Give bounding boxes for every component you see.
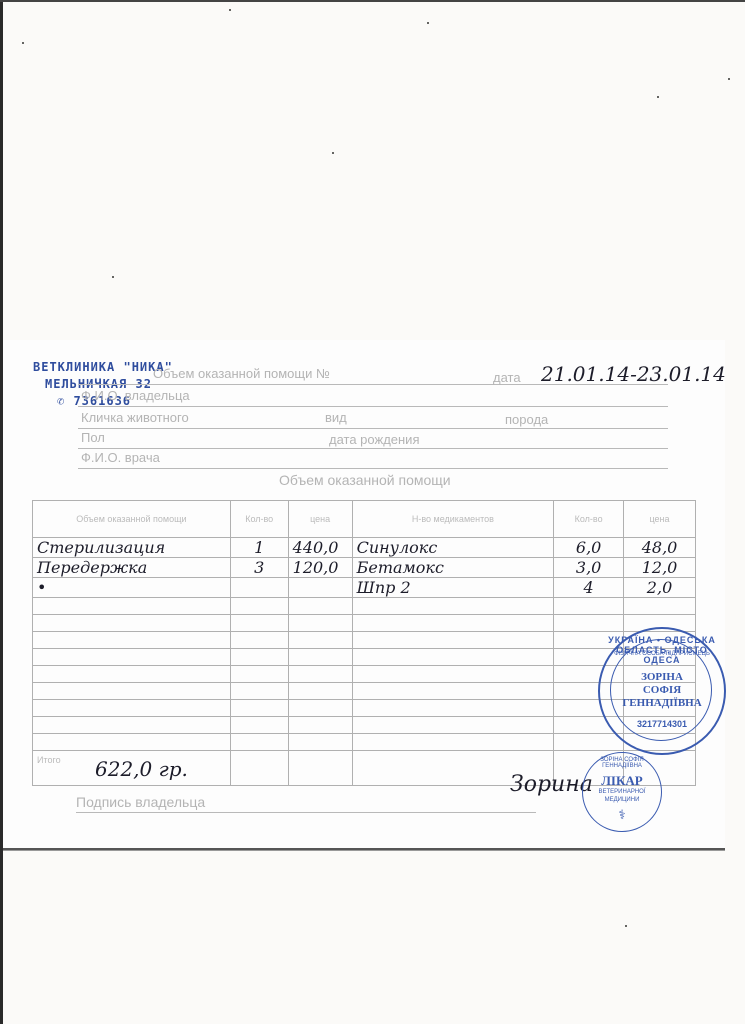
cell-empty	[230, 700, 288, 717]
cell-med-price: 48,0	[624, 538, 696, 558]
scan-speck	[112, 276, 114, 278]
cell-empty	[288, 751, 352, 786]
seal-name-1: ЗОРІНА	[600, 671, 724, 683]
doctor-seal-ring-text: ЗОРІНА СОФІЯ ГЕННАДІЇВНА	[583, 757, 661, 769]
cell-empty	[33, 717, 231, 734]
cell-empty	[230, 598, 288, 615]
date-label: дата	[493, 370, 521, 385]
cell-empty	[352, 615, 554, 632]
breed-label: порода	[505, 412, 548, 427]
table-row	[33, 700, 696, 717]
cell-empty	[352, 717, 554, 734]
cell-med-qty: 4	[554, 578, 624, 598]
doctor-signature: Зорина	[510, 772, 593, 797]
header-qty: Кол-во	[230, 501, 288, 538]
caduceus-icon: ⚕	[583, 807, 661, 823]
seal-name-3: ГЕННАДІЇВНА	[600, 697, 724, 709]
cell-med-price: 12,0	[624, 558, 696, 578]
cell-empty	[288, 615, 352, 632]
cell-price	[288, 578, 352, 598]
cell-empty	[352, 734, 554, 751]
cell-empty	[288, 649, 352, 666]
cell-empty	[352, 683, 554, 700]
table-row	[33, 717, 696, 734]
scan-speck	[625, 925, 627, 927]
official-round-seal: УКРАЇНА • ОДЕСЬКА ОБЛАСТЬ, МІСТО ОДЕСА Ф…	[598, 627, 726, 755]
total-label: Итого	[37, 755, 61, 765]
table-row	[33, 615, 696, 632]
table-row	[33, 666, 696, 683]
seal-name-2: СОФІЯ	[600, 684, 724, 696]
cell-empty	[554, 734, 624, 751]
field-line	[78, 468, 668, 469]
cell-empty	[288, 700, 352, 717]
scan-speck	[332, 152, 334, 154]
cell-empty	[33, 700, 231, 717]
cell-med-price: 2,0	[624, 578, 696, 598]
cell-empty	[33, 666, 231, 683]
services-table: Объем оказанной помощи Кол-во цена Н-во …	[32, 500, 696, 786]
cell-empty	[230, 683, 288, 700]
cell-empty	[624, 598, 696, 615]
birthdate-label: дата рождения	[329, 432, 420, 447]
cell-empty	[230, 666, 288, 683]
doctor-seal: ЗОРІНА СОФІЯ ГЕННАДІЇВНА ЛІКАР ВЕТЕРИНАР…	[582, 752, 662, 832]
phone-icon: ✆	[57, 394, 73, 408]
pet-name-label: Кличка животного	[81, 410, 189, 425]
doctor-seal-subtitle-1: ВЕТЕРИНАРНОЇ	[583, 789, 661, 795]
table-row	[33, 598, 696, 615]
scan-speck	[657, 96, 659, 98]
cell-empty	[288, 717, 352, 734]
cell-qty: 3	[230, 558, 288, 578]
cell-empty	[288, 632, 352, 649]
owner-label: Ф.И.О. владельца	[81, 388, 190, 403]
cell-empty	[352, 666, 554, 683]
cell-empty	[230, 632, 288, 649]
cell-empty	[352, 649, 554, 666]
date-value: 21.01.14-23.01.14	[541, 362, 726, 386]
cell-qty	[230, 578, 288, 598]
table-row: Стерилизация 1 440,0 Синулокс 6,0 48,0	[33, 538, 696, 558]
species-label: вид	[325, 410, 347, 425]
header-medication: Н-во медикаментов	[352, 501, 554, 538]
scan-speck	[728, 78, 730, 80]
table-row	[33, 632, 696, 649]
cell-empty	[33, 615, 231, 632]
seal-outer-text: УКРАЇНА • ОДЕСЬКА ОБЛАСТЬ, МІСТО ОДЕСА	[600, 635, 724, 665]
field-line	[78, 448, 668, 449]
field-line	[78, 406, 668, 407]
table-header-row: Объем оказанной помощи Кол-во цена Н-во …	[33, 501, 696, 538]
doctor-seal-title: ЛІКАР	[583, 773, 661, 789]
cell-empty	[352, 700, 554, 717]
cell-empty	[288, 598, 352, 615]
cell-service: Передержка	[33, 558, 231, 578]
header-med-price: цена	[624, 501, 696, 538]
total-cell: Итого 622,0 гр.	[33, 751, 231, 786]
cell-empty	[288, 734, 352, 751]
seal-code: 3217714301	[600, 719, 724, 729]
cell-medication: Шпр 2	[352, 578, 554, 598]
clinic-name: ВЕТКЛИНИКА "НИКА"	[33, 360, 173, 374]
header-med-qty: Кол-во	[554, 501, 624, 538]
table-row: • Шпр 2 4 2,0	[33, 578, 696, 598]
table-row	[33, 649, 696, 666]
header-price: цена	[288, 501, 352, 538]
form-title-label: Объем оказанной помощи №	[153, 366, 330, 381]
table-row	[33, 734, 696, 751]
seal-inner-ring-text: ФІЗИЧНА ОСОБА-ПІДПРИЄМЕЦЬ	[600, 651, 724, 657]
cell-qty: 1	[230, 538, 288, 558]
cell-empty	[33, 598, 231, 615]
scan-edge-top	[0, 0, 745, 2]
cell-empty	[288, 666, 352, 683]
cell-medication: Бетамокс	[352, 558, 554, 578]
owner-signature-line	[76, 812, 536, 813]
cell-service: Стерилизация	[33, 538, 231, 558]
scan-speck	[22, 42, 24, 44]
cell-empty	[230, 734, 288, 751]
cell-empty	[288, 683, 352, 700]
cell-price: 120,0	[288, 558, 352, 578]
total-value: 622,0 гр.	[95, 757, 188, 781]
cell-med-qty: 6,0	[554, 538, 624, 558]
cell-empty	[352, 632, 554, 649]
sex-label: Пол	[81, 430, 105, 445]
cell-service: •	[33, 578, 231, 598]
owner-signature-label: Подпись владельца	[76, 794, 205, 810]
field-line	[78, 428, 668, 429]
cell-empty	[230, 649, 288, 666]
scan-speck	[229, 9, 231, 11]
cell-med-qty: 3,0	[554, 558, 624, 578]
cell-empty	[230, 717, 288, 734]
section-title: Объем оказанной помощи	[279, 472, 451, 488]
cell-empty	[33, 683, 231, 700]
header-service: Объем оказанной помощи	[33, 501, 231, 538]
cell-price: 440,0	[288, 538, 352, 558]
cell-empty	[33, 649, 231, 666]
cell-empty	[352, 598, 554, 615]
cell-empty	[33, 632, 231, 649]
cell-empty	[554, 598, 624, 615]
table-row	[33, 683, 696, 700]
cell-empty	[230, 615, 288, 632]
cell-empty	[554, 615, 624, 632]
scan-speck	[427, 22, 429, 24]
table-row: Передержка 3 120,0 Бетамокс 3,0 12,0	[33, 558, 696, 578]
cell-medication: Синулокс	[352, 538, 554, 558]
doctor-seal-subtitle-2: МЕДИЦИНИ	[583, 797, 661, 803]
cell-empty	[230, 751, 288, 786]
doctor-label: Ф.И.О. врача	[81, 450, 160, 465]
cell-empty	[33, 734, 231, 751]
